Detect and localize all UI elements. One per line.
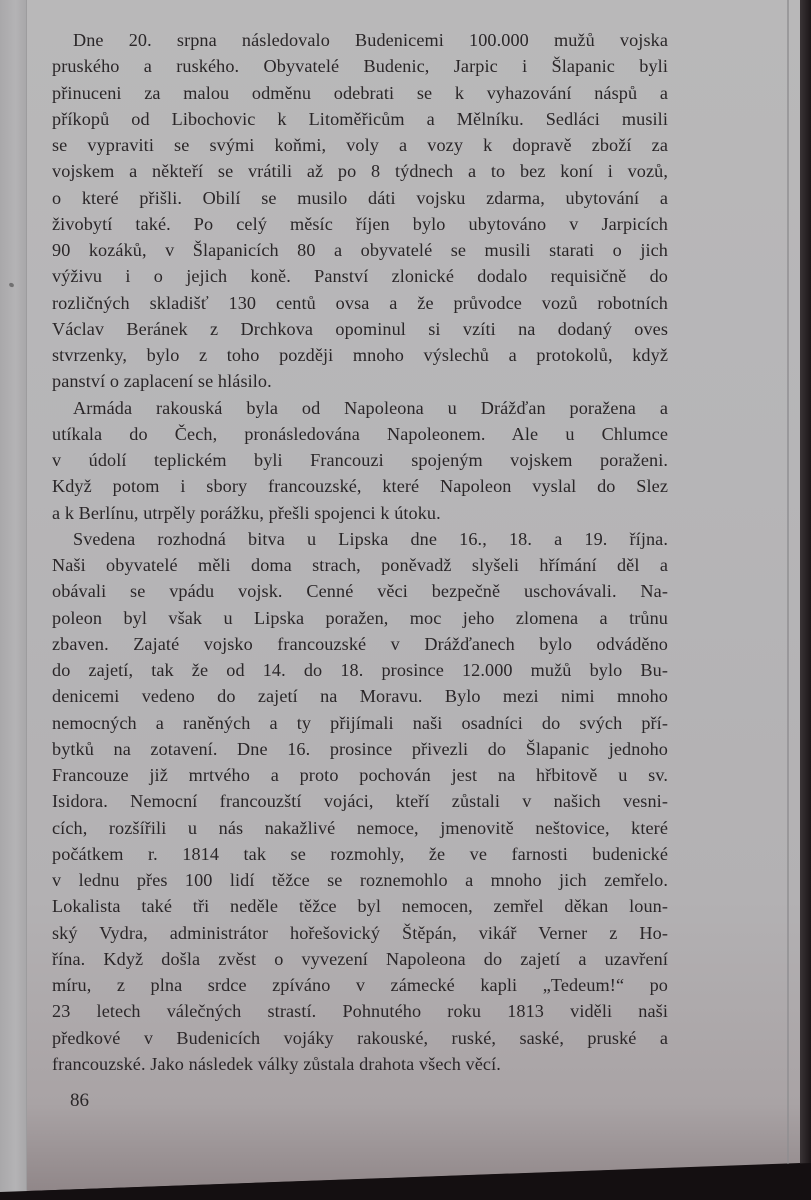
page-number: 86 bbox=[70, 1090, 89, 1112]
left-page-edge bbox=[0, 0, 27, 1200]
text-line: počátkem r. 1814 tak se rozmohly, že ve … bbox=[52, 841, 668, 867]
text-line: panství o zaplacení se hlásilo. bbox=[52, 368, 668, 394]
text-line: živobytí také. Po celý měsíc říjen bylo … bbox=[52, 211, 668, 237]
text-line: míru, z plna srdce zpíváno v zámecké kap… bbox=[52, 972, 668, 998]
text-line: ský Vydra, administrátor hořešovický Ště… bbox=[52, 920, 668, 946]
text-line: předkové v Budenicích vojáky rakouské, r… bbox=[52, 1025, 668, 1051]
text-line: řína. Když došla zvěst o vyvezení Napole… bbox=[52, 946, 668, 972]
text-line: a k Berlínu, utrpěly porážku, přešli spo… bbox=[52, 500, 668, 526]
text-line: Naši obyvatelé měli doma strach, poněvad… bbox=[52, 552, 668, 578]
text-line: Svedena rozhodná bitva u Lipska dne 16.,… bbox=[52, 526, 668, 552]
text-line: zbaven. Zajaté vojsko francouzské v Dráž… bbox=[52, 631, 668, 657]
text-line: Francouze již mrtvého a proto pochován j… bbox=[52, 762, 668, 788]
text-line: Lokalista také tři neděle těžce byl nemo… bbox=[52, 893, 668, 919]
text-line: pruského a ruského. Obyvatelé Budenic, J… bbox=[52, 53, 668, 79]
text-line: poleon byl však u Lipska poražen, moc je… bbox=[52, 605, 668, 631]
text-line: bytků na zotavení. Dne 16. prosince přiv… bbox=[52, 736, 668, 762]
paragraph: Svedena rozhodná bitva u Lipska dne 16.,… bbox=[52, 526, 668, 1077]
text-line: se vypraviti se svými koňmi, voly a vozy… bbox=[52, 132, 668, 158]
text-line: nemocných a raněných a ty přijímali naši… bbox=[52, 710, 668, 736]
text-line: Isidora. Nemocní francouzští vojáci, kte… bbox=[52, 788, 668, 814]
text-line: do zajetí, tak že od 14. do 18. prosince… bbox=[52, 657, 668, 683]
text-line: 90 kozáků, v Šlapanicích 80 a obyvatelé … bbox=[52, 237, 668, 263]
paragraph: Dne 20. srpna následovalo Budenicemi 100… bbox=[52, 27, 668, 395]
text-line: výživu i o jejich koně. Panství zlonické… bbox=[52, 263, 668, 289]
body-text: Dne 20. srpna následovalo Budenicemi 100… bbox=[52, 27, 668, 1077]
text-line: rozličných skladišť 130 centů ovsa a že … bbox=[52, 290, 668, 316]
text-line: francouzské. Jako následek války zůstala… bbox=[52, 1051, 668, 1077]
text-line: stvrzenky, bylo z toho později mnoho výs… bbox=[52, 342, 668, 368]
right-page-edge bbox=[787, 0, 789, 1165]
text-line: Dne 20. srpna následovalo Budenicemi 100… bbox=[52, 27, 668, 53]
right-dark-strip bbox=[800, 0, 811, 1200]
text-line: o které přišli. Obilí se musilo dáti voj… bbox=[52, 185, 668, 211]
text-line: vojskem a někteří se vrátili až po 8 týd… bbox=[52, 158, 668, 184]
text-line: Když potom i sbory francouzské, které Na… bbox=[52, 473, 668, 499]
text-line: cích, rozšířili u nás nakažlivé nemoce, … bbox=[52, 815, 668, 841]
text-line: 23 letech válečných strastí. Pohnutého r… bbox=[52, 998, 668, 1024]
text-line: utíkala do Čech, pronásledována Napoleon… bbox=[52, 421, 668, 447]
text-line: přinuceni za malou odměnu odebrati se k … bbox=[52, 80, 668, 106]
text-line: v údolí teplickém byli Francouzi spojený… bbox=[52, 447, 668, 473]
text-line: v lednu přes 100 lidí těžce se roznemohl… bbox=[52, 867, 668, 893]
text-line: denicemi vedeno do zajetí na Moravu. Byl… bbox=[52, 683, 668, 709]
text-line: Armáda rakouská byla od Napoleona u Dráž… bbox=[52, 395, 668, 421]
text-line: obávali se vpádu vojsk. Cenné věci bezpe… bbox=[52, 578, 668, 604]
paragraph: Armáda rakouská byla od Napoleona u Dráž… bbox=[52, 395, 668, 526]
text-line: příkopů od Libochovic k Litoměřicům a Mě… bbox=[52, 106, 668, 132]
text-line: Václav Beránek z Drchkova opominul si vz… bbox=[52, 316, 668, 342]
